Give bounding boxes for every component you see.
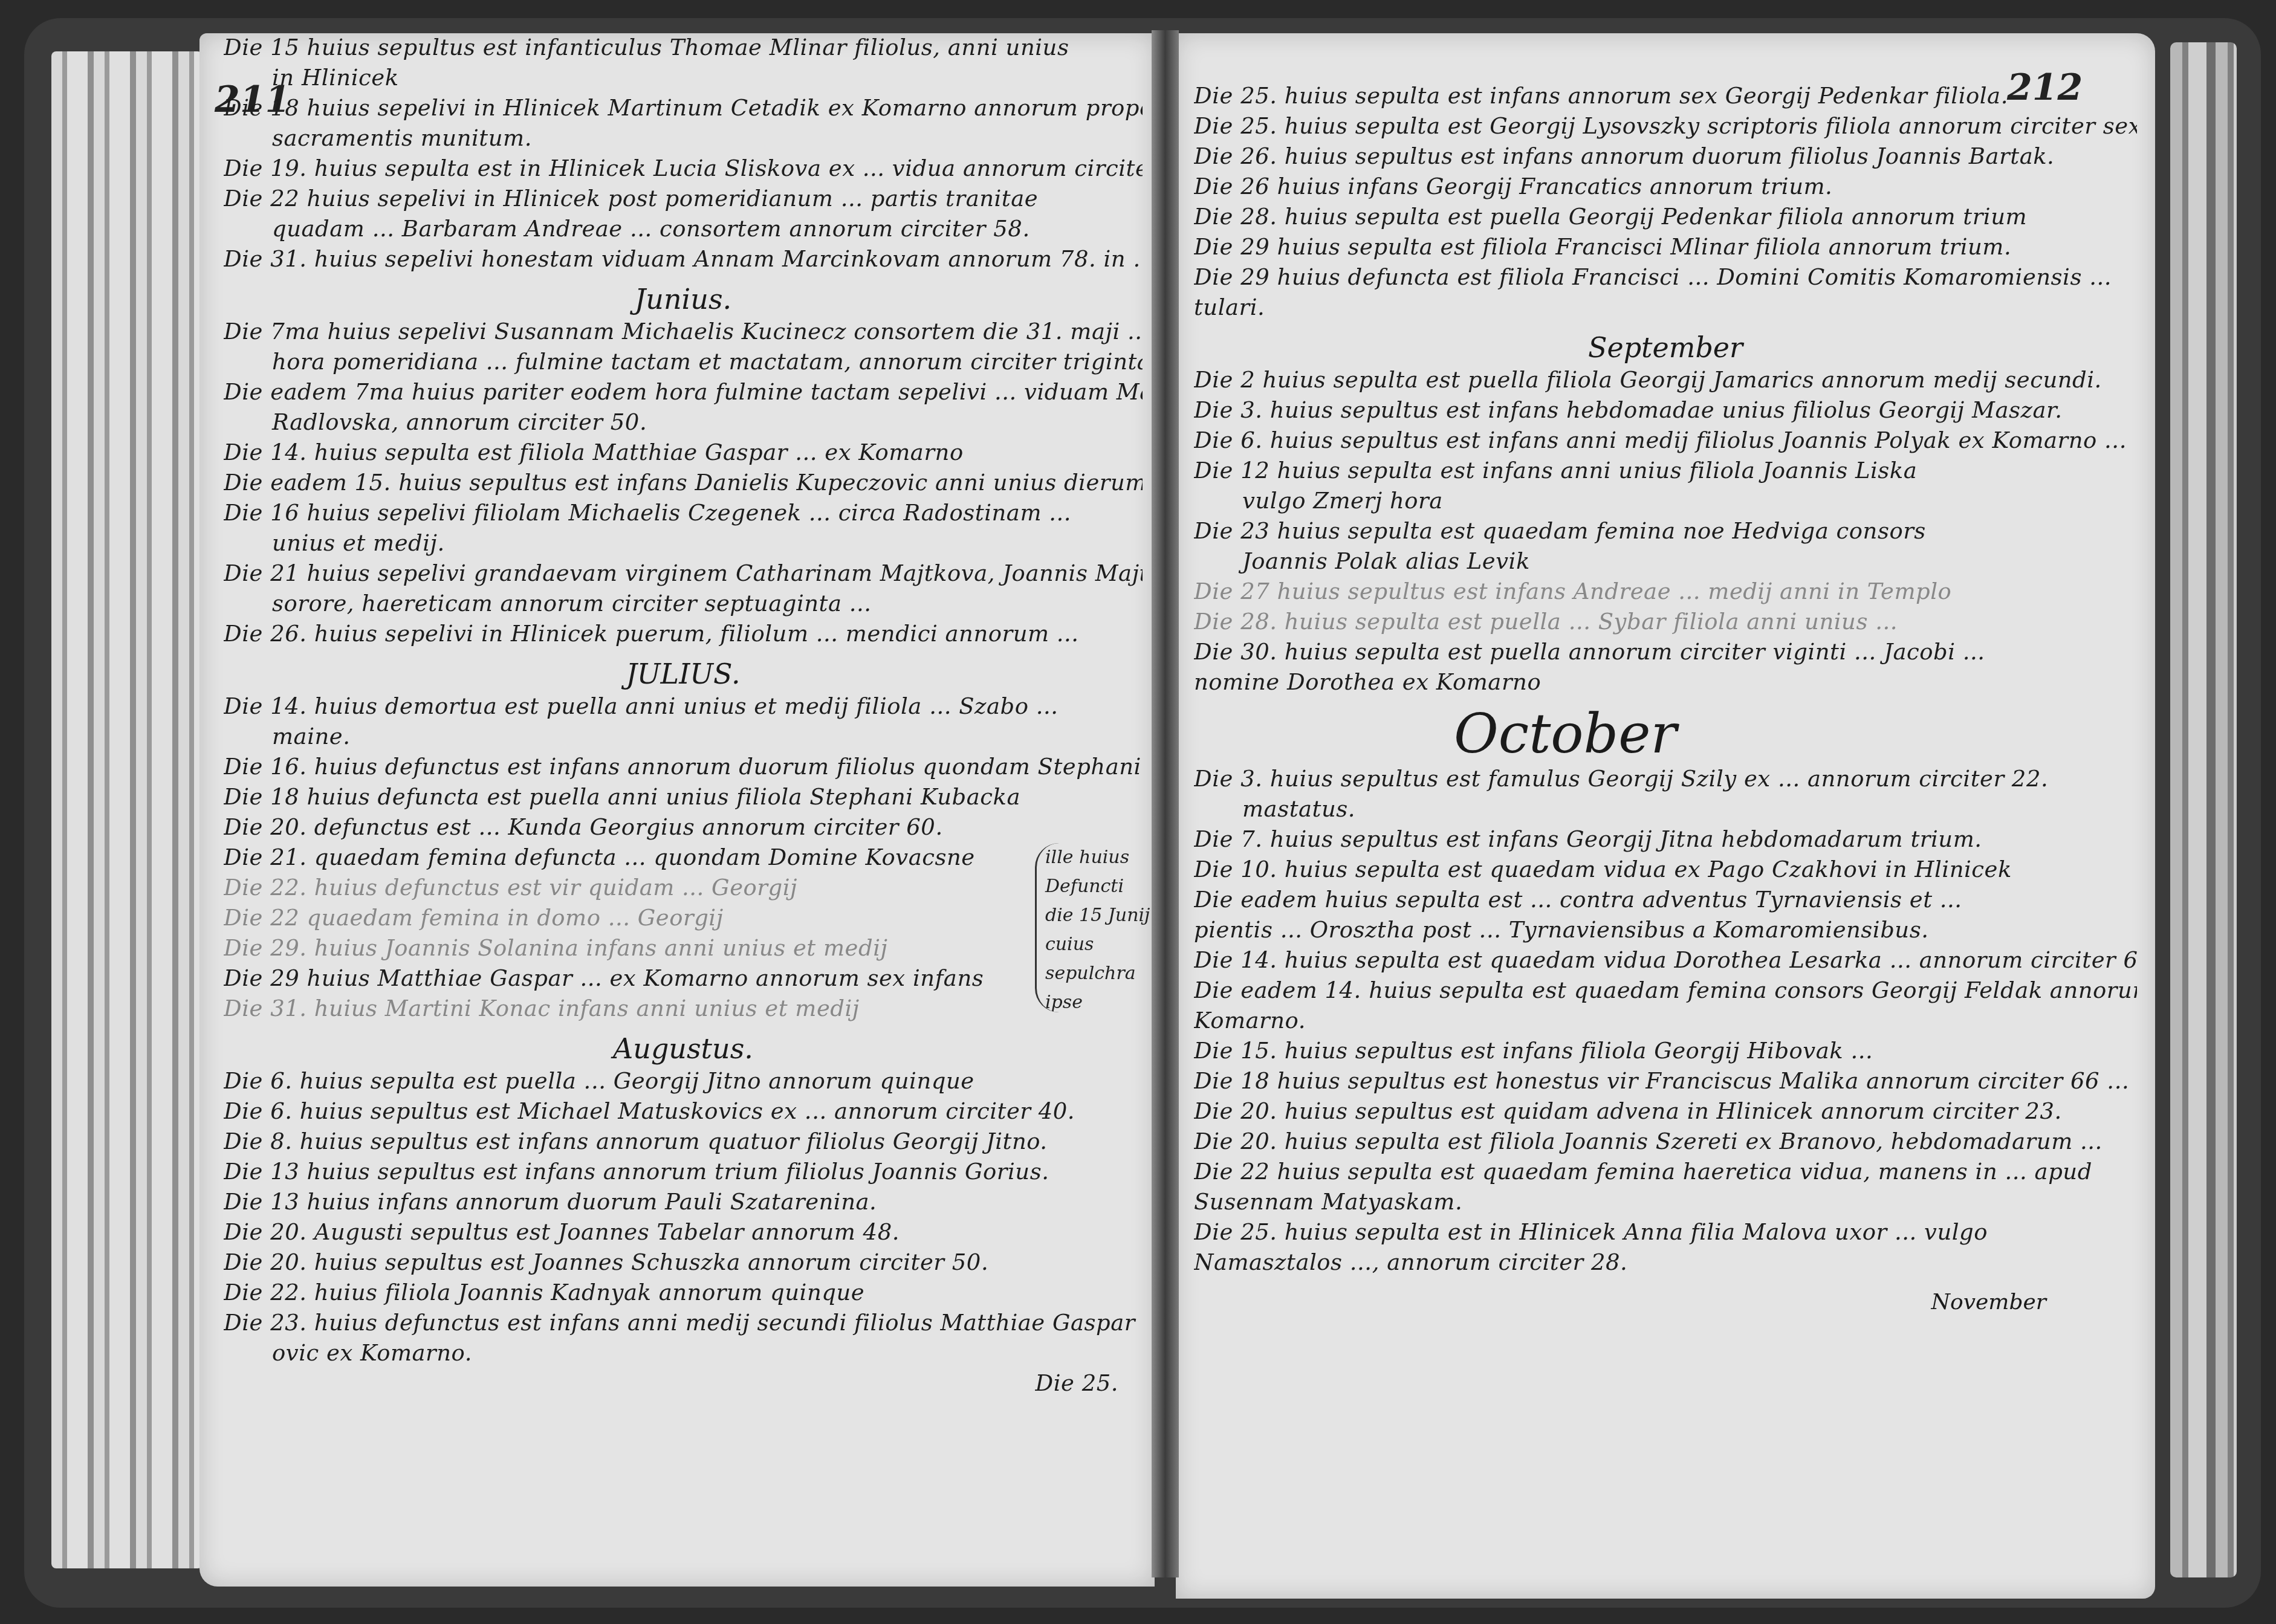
register-entry-line: Die 23 huius sepulta est quaedam femina …	[1194, 520, 2137, 550]
register-entry-line: Die 28. huius sepulta est puella ... Syb…	[1194, 610, 2137, 641]
register-entry-line: Die 14. huius demortua est puella anni u…	[224, 695, 1143, 725]
month-heading-august: Augustus.	[224, 1027, 1143, 1070]
entries-september: Die 2 huius sepulta est puella filiola G…	[1194, 369, 2137, 701]
register-entry-line: Die 20. huius sepultus est quidam advena…	[1194, 1100, 2137, 1130]
register-entry-line: Die 20. huius sepultus est Joannes Schus…	[224, 1251, 1143, 1281]
register-entry-line: Die 25. huius sepulta est infans annorum…	[1194, 85, 2137, 115]
register-entry-line: Die 14. huius sepulta est quaedam vidua …	[1194, 949, 2137, 979]
register-entry-line: Die 31. huius Martini Konac infans anni …	[224, 997, 1143, 1027]
register-entry-line: Radlovska, annorum circiter 50.	[224, 411, 1143, 441]
margin-note-line: Defuncti	[1045, 872, 1154, 901]
right-page-text: Die 25. huius sepulta est infans annorum…	[1194, 85, 2137, 1324]
month-heading-november: November	[1194, 1281, 2137, 1324]
register-entry-line: quadam ... Barbaram Andreae ... consorte…	[224, 218, 1143, 248]
register-entry-line: Die 3. huius sepultus est infans hebdoma…	[1194, 399, 2137, 429]
margin-note-line: die 15 Junij	[1045, 901, 1154, 930]
register-entry-line: maine.	[224, 725, 1143, 755]
register-entry-line: Die 23. huius defunctus est infans anni …	[224, 1312, 1143, 1342]
register-entry-line: tulari.	[1194, 296, 2137, 326]
register-entry-line: in Hlinicek	[224, 66, 1143, 97]
month-heading-october: October	[1194, 701, 2137, 768]
month-heading-june: Junius.	[224, 278, 1143, 320]
register-entry-line: ovic ex Komarno.	[224, 1342, 1143, 1372]
register-entry-line: Die 6. huius sepultus est infans anni me…	[1194, 429, 2137, 459]
register-entry-line: Die 22. huius defunctus est vir quidam .…	[224, 876, 1143, 907]
register-entry-line: Die 22 huius sepelivi in Hlinicek post p…	[224, 187, 1143, 218]
register-entry-line: Die 21. quaedam femina defuncta ... quon…	[224, 846, 1143, 876]
register-entry-line: Die 2 huius sepulta est puella filiola G…	[1194, 369, 2137, 399]
register-entry-line: Die 20. Augusti sepultus est Joannes Tab…	[224, 1221, 1143, 1251]
register-entry-line: Die 8. huius sepultus est infans annorum…	[224, 1130, 1143, 1160]
register-entry-line: Die 26. huius sepultus est infans annoru…	[1194, 145, 2137, 175]
register-entry-line: Die 31. huius sepelivi honestam viduam A…	[224, 248, 1143, 278]
register-entry-line: hora pomeridiana ... fulmine tactam et m…	[224, 351, 1143, 381]
register-entry-line: sorore, haereticam annorum circiter sept…	[224, 592, 1143, 623]
register-entry-line: sacramentis munitum.	[224, 127, 1143, 157]
register-entry-line: Komarno.	[1194, 1009, 2137, 1040]
register-entry-line: Die 18 huius defuncta est puella anni un…	[224, 786, 1143, 816]
register-entry-line: Die eadem 7ma huius pariter eodem hora f…	[224, 381, 1143, 411]
register-entry-line: Die 18 huius sepultus est honestus vir F…	[1194, 1070, 2137, 1100]
register-entry-line: Die 16 huius sepelivi filiolam Michaelis…	[224, 502, 1143, 532]
register-entry-line: Namasztalos ..., annorum circiter 28.	[1194, 1251, 2137, 1281]
month-heading-july: JULIUS.	[224, 653, 1143, 695]
register-entry-line: Susennam Matyaskam.	[1194, 1191, 2137, 1221]
register-entry-line: Die 20. defunctus est ... Kunda Georgius…	[224, 816, 1143, 846]
register-entry-line: Die 18 huius sepelivi in Hlinicek Martin…	[224, 97, 1143, 127]
register-entry-line: mastatus.	[1194, 798, 2137, 828]
register-entry-line: Die 25. huius sepulta est Georgij Lysovs…	[1194, 115, 2137, 145]
margin-note-line: cuius sepulchra	[1045, 930, 1154, 988]
register-entry-line: Die eadem 14. huius sepulta est quaedam …	[1194, 979, 2137, 1009]
page-edges-right	[2170, 42, 2237, 1577]
register-entry-line: Die 7ma huius sepelivi Susannam Michaeli…	[224, 320, 1143, 351]
register-entry-line: Die 6. huius sepultus est Michael Matusk…	[224, 1100, 1143, 1130]
book-gutter	[1152, 30, 1179, 1577]
register-entry-line: Die 14. huius sepulta est filiola Matthi…	[224, 441, 1143, 471]
register-entry-line: Die eadem 15. huius sepultus est infans …	[224, 471, 1143, 502]
register-entry-line: Joannis Polak alias Levik	[1194, 550, 2137, 580]
margin-note-line: ipse haereticus	[1045, 988, 1154, 1012]
register-entry-line: Die 12 huius sepulta est infans anni uni…	[1194, 459, 2137, 490]
register-entry-line: Die 7. huius sepultus est infans Georgij…	[1194, 828, 2137, 858]
register-entry-line: vulgo Zmerj hora	[1194, 490, 2137, 520]
left-page-text: Die 15 huius sepultus est infanticulus T…	[224, 36, 1143, 1402]
register-entry-line: pientis ... Orosztha post ... Tyrnaviens…	[1194, 919, 2137, 949]
register-entry-line: Die 6. huius sepulta est puella ... Geor…	[224, 1070, 1143, 1100]
register-entry-line: Die 22. huius filiola Joannis Kadnyak an…	[224, 1281, 1143, 1312]
register-entry-line: unius et medij.	[224, 532, 1143, 562]
register-entry-line: Die 13 huius infans annorum duorum Pauli…	[224, 1191, 1143, 1221]
margin-note-line: ille huius	[1045, 843, 1154, 872]
catchword: Die 25.	[224, 1372, 1143, 1402]
entries-june: Die 7ma huius sepelivi Susannam Michaeli…	[224, 320, 1143, 653]
entries-july: Die 14. huius demortua est puella anni u…	[224, 695, 1143, 1027]
register-entry-line: nomine Dorothea ex Komarno	[1194, 671, 2137, 701]
entries-august: Die 6. huius sepulta est puella ... Geor…	[224, 1070, 1143, 1372]
page-edges-left	[51, 51, 203, 1568]
register-entry-line: Die 22 quaedam femina in domo ... Georgi…	[224, 907, 1143, 937]
entries-october: Die 3. huius sepultus est famulus Georgi…	[1194, 768, 2137, 1281]
register-entry-line: Die 15 huius sepultus est infanticulus T…	[224, 36, 1143, 66]
register-entry-line: Die 27 huius sepultus est infans Andreae…	[1194, 580, 2137, 610]
entries-may: Die 15 huius sepultus est infanticulus T…	[224, 36, 1143, 278]
register-entry-line: Die 21 huius sepelivi grandaevam virgine…	[224, 562, 1143, 592]
register-entry-line: Die 25. huius sepulta est in Hlinicek An…	[1194, 1221, 2137, 1251]
register-entry-line: Die eadem huius sepulta est ... contra a…	[1194, 888, 2137, 919]
register-entry-line: Die 29 huius sepulta est filiola Francis…	[1194, 236, 2137, 266]
register-entry-line: Die 15. huius sepultus est infans filiol…	[1194, 1040, 2137, 1070]
month-heading-september: September	[1194, 326, 2137, 369]
register-entry-line: Die 26 huius infans Georgij Francatics a…	[1194, 175, 2137, 205]
register-entry-line: Die 29 huius Matthiae Gaspar ... ex Koma…	[224, 967, 1143, 997]
register-entry-line: Die 28. huius sepulta est puella Georgij…	[1194, 205, 2137, 236]
margin-annotation: ille huiusDefunctidie 15 Junijcuius sepu…	[1035, 843, 1154, 1012]
register-entry-line: Die 3. huius sepultus est famulus Georgi…	[1194, 768, 2137, 798]
register-entry-line: Die 29 huius defuncta est filiola Franci…	[1194, 266, 2137, 296]
register-entry-line: Die 16. huius defunctus est infans annor…	[224, 755, 1143, 786]
register-entry-line: Die 19. huius sepulta est in Hlinicek Lu…	[224, 157, 1143, 187]
register-entry-line: Die 30. huius sepulta est puella annorum…	[1194, 641, 2137, 671]
register-entry-line: Die 26. huius sepelivi in Hlinicek pueru…	[224, 623, 1143, 653]
register-entry-line: Die 29. huius Joannis Solanina infans an…	[224, 937, 1143, 967]
register-entry-line: Die 20. huius sepulta est filiola Joanni…	[1194, 1130, 2137, 1160]
entries-august-continued: Die 25. huius sepulta est infans annorum…	[1194, 85, 2137, 326]
register-entry-line: Die 22 huius sepulta est quaedam femina …	[1194, 1160, 2137, 1191]
register-entry-line: Die 10. huius sepulta est quaedam vidua …	[1194, 858, 2137, 888]
register-entry-line: Die 13 huius sepultus est infans annorum…	[224, 1160, 1143, 1191]
